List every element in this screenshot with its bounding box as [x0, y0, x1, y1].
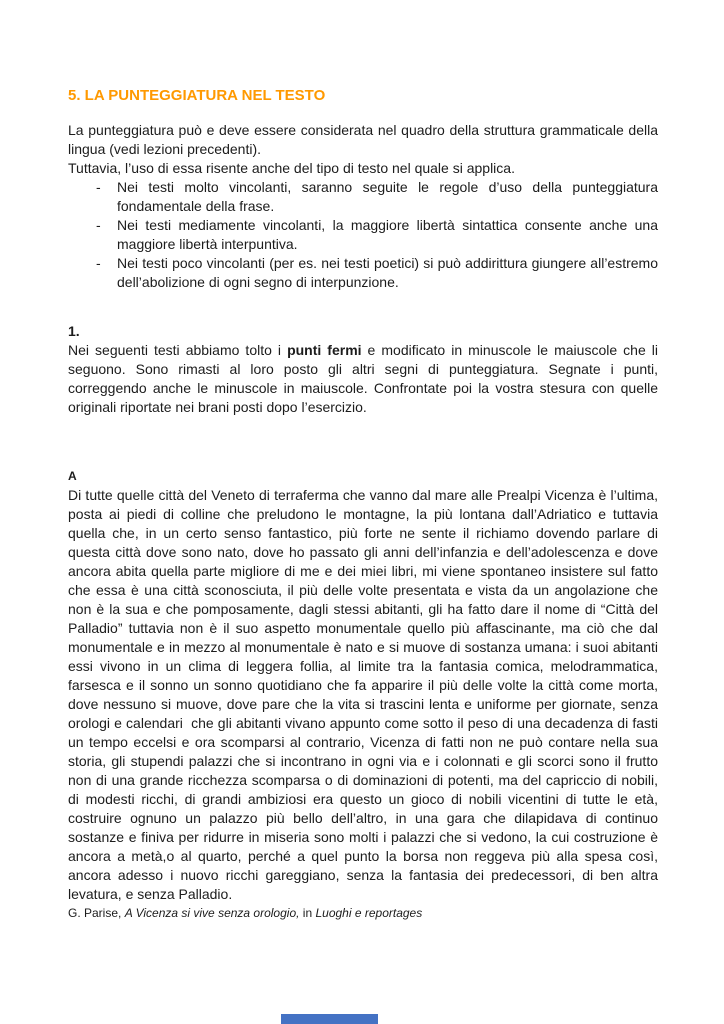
page-title: 5. LA PUNTEGGIATURA NEL TESTO: [68, 86, 658, 105]
citation-author: G. Parise,: [68, 906, 125, 920]
passage-a-label: A: [68, 467, 658, 486]
passage-a-body: Di tutte quelle città del Veneto di terr…: [68, 486, 658, 904]
bullet-list: - Nei testi molto vincolanti, saranno se…: [68, 178, 658, 292]
exercise-text-before: Nei seguenti testi abbiamo tolto i: [68, 342, 287, 358]
document-page: 5. LA PUNTEGGIATURA NEL TESTO La puntegg…: [0, 0, 724, 1024]
list-item: - Nei testi molto vincolanti, saranno se…: [68, 178, 658, 216]
bottom-bar: [281, 1014, 378, 1024]
citation-connector: in: [299, 906, 315, 920]
intro-paragraph-1: La punteggiatura può e deve essere consi…: [68, 121, 658, 159]
dash-bullet-icon: -: [96, 178, 101, 197]
exercise-number: 1.: [68, 322, 658, 341]
intro-paragraph-2: Tuttavia, l’uso di essa risente anche de…: [68, 159, 658, 178]
exercise-instructions: Nei seguenti testi abbiamo tolto i punti…: [68, 341, 658, 417]
list-item: - Nei testi mediamente vincolanti, la ma…: [68, 216, 658, 254]
dash-bullet-icon: -: [96, 216, 101, 235]
bullet-text: Nei testi poco vincolanti (per es. nei t…: [117, 255, 658, 290]
citation-book-title: Luoghi e reportages: [315, 906, 422, 920]
exercise-bold-term: punti fermi: [287, 342, 361, 358]
passage-a-citation: G. Parise, A Vicenza si vive senza orolo…: [68, 905, 658, 922]
list-item: - Nei testi poco vincolanti (per es. nei…: [68, 254, 658, 292]
document-content: 5. LA PUNTEGGIATURA NEL TESTO La puntegg…: [68, 86, 658, 922]
passage-a-section: A Di tutte quelle città del Veneto di te…: [68, 467, 658, 922]
citation-work-title: A Vicenza si vive senza orologio,: [125, 906, 300, 920]
bullet-text: Nei testi mediamente vincolanti, la magg…: [117, 217, 658, 252]
exercise-section: 1. Nei seguenti testi abbiamo tolto i pu…: [68, 322, 658, 417]
bullet-text: Nei testi molto vincolanti, saranno segu…: [117, 179, 658, 214]
dash-bullet-icon: -: [96, 254, 101, 273]
